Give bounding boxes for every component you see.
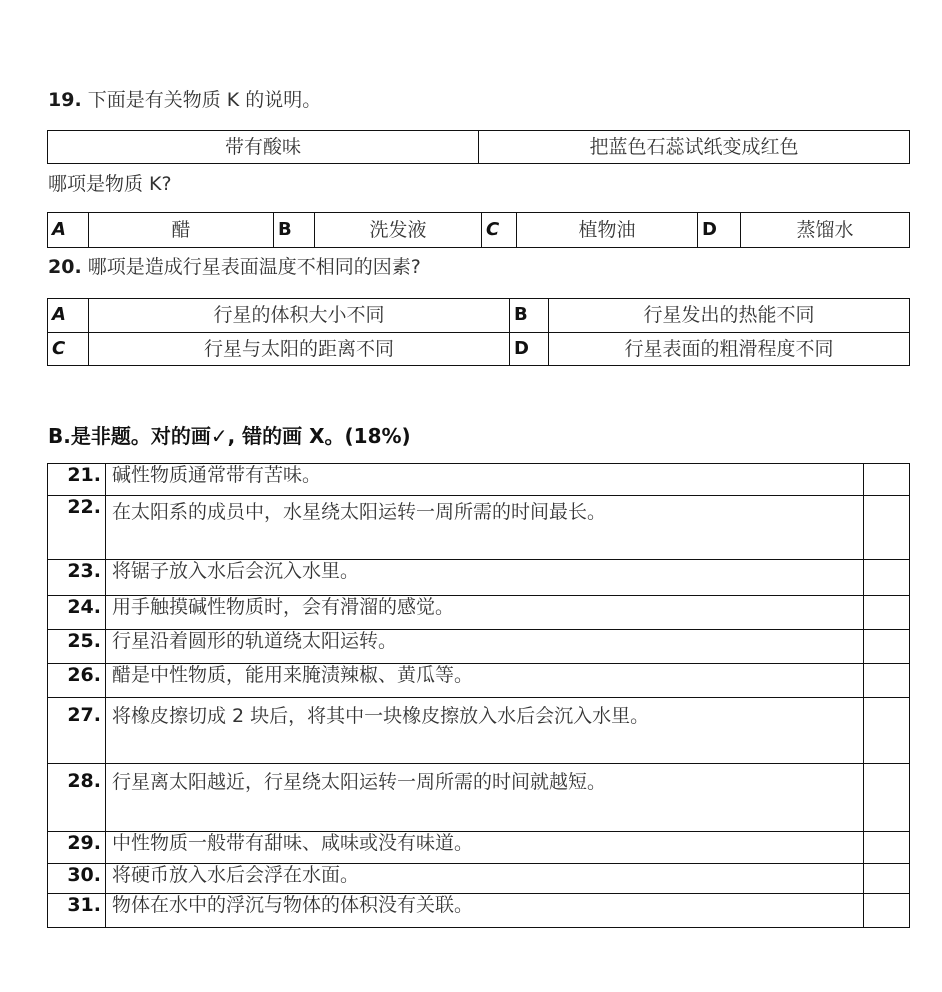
- item-27-number: 27.: [48, 698, 106, 764]
- table-row: 24. 用手触摸碱性物质时，会有滑溜的感觉。: [48, 596, 910, 630]
- table-row: 27. 将橡皮擦切成 2 块后，将其中一块橡皮擦放入水后会沉入水里。: [48, 698, 910, 764]
- q20-option-a-text[interactable]: 行星的体积大小不同: [89, 299, 510, 333]
- q20-option-b-letter[interactable]: B: [510, 299, 549, 333]
- item-25-text: 行星沿着圆形的轨道绕太阳运转。: [106, 630, 864, 664]
- item-22-answer-box[interactable]: [864, 496, 910, 560]
- q19-option-c-letter[interactable]: C: [482, 213, 517, 248]
- q20-option-c-text[interactable]: 行星与太阳的距离不同: [89, 332, 510, 366]
- q20-options-table: A 行星的体积大小不同 B 行星发出的热能不同 C 行星与太阳的距离不同 D 行…: [47, 298, 910, 366]
- q20-option-a-letter[interactable]: A: [48, 299, 89, 333]
- item-27-text: 将橡皮擦切成 2 块后，将其中一块橡皮擦放入水后会沉入水里。: [106, 698, 864, 764]
- item-21-answer-box[interactable]: [864, 464, 910, 496]
- item-29-number: 29.: [48, 832, 106, 864]
- item-21-number: 21.: [48, 464, 106, 496]
- q20-option-c-letter[interactable]: C: [48, 332, 89, 366]
- item-24-number: 24.: [48, 596, 106, 630]
- item-31-answer-box[interactable]: [864, 894, 910, 928]
- item-30-answer-box[interactable]: [864, 864, 910, 894]
- q19-options-table: A 醋 B 洗发液 C 植物油 D 蒸馏水: [47, 212, 910, 248]
- item-26-text: 醋是中性物质，能用来腌渍辣椒、黄瓜等。: [106, 664, 864, 698]
- q19-option-a-text[interactable]: 醋: [89, 213, 274, 248]
- table-row: 23. 将锯子放入水后会沉入水里。: [48, 560, 910, 596]
- item-29-answer-box[interactable]: [864, 832, 910, 864]
- item-30-text: 将硬币放入水后会浮在水面。: [106, 864, 864, 894]
- q19-prompt: 下面是有关物质 K 的说明。: [88, 89, 322, 111]
- q20-heading: 20. 哪项是造成行星表面温度不相同的因素?: [48, 255, 421, 279]
- table-row: 22. 在太阳系的成员中，水星绕太阳运转一周所需的时间最长。: [48, 496, 910, 560]
- q19-number: 19.: [48, 89, 82, 111]
- item-30-number: 30.: [48, 864, 106, 894]
- q19-heading: 19. 下面是有关物质 K 的说明。: [48, 88, 321, 112]
- q20-option-d-text[interactable]: 行星表面的粗滑程度不同: [549, 332, 910, 366]
- item-22-number: 22.: [48, 496, 106, 560]
- q20-option-d-letter[interactable]: D: [510, 332, 549, 366]
- item-26-answer-box[interactable]: [864, 664, 910, 698]
- table-row: 30. 将硬币放入水后会浮在水面。: [48, 864, 910, 894]
- item-28-text: 行星离太阳越近，行星绕太阳运转一周所需的时间就越短。: [106, 764, 864, 832]
- q19-question: 哪项是物质 K?: [48, 172, 172, 196]
- item-29-text: 中性物质一般带有甜味、咸味或没有味道。: [106, 832, 864, 864]
- item-23-text: 将锯子放入水后会沉入水里。: [106, 560, 864, 596]
- table-row: 21. 碱性物质通常带有苦味。: [48, 464, 910, 496]
- item-24-answer-box[interactable]: [864, 596, 910, 630]
- item-23-number: 23.: [48, 560, 106, 596]
- q20-number: 20.: [48, 256, 82, 278]
- item-31-number: 31.: [48, 894, 106, 928]
- q20-prompt: 哪项是造成行星表面温度不相同的因素?: [88, 256, 421, 278]
- item-27-answer-box[interactable]: [864, 698, 910, 764]
- item-25-number: 25.: [48, 630, 106, 664]
- q20-option-b-text[interactable]: 行星发出的热能不同: [549, 299, 910, 333]
- table-row: 25. 行星沿着圆形的轨道绕太阳运转。: [48, 630, 910, 664]
- q19-option-c-text[interactable]: 植物油: [517, 213, 698, 248]
- item-26-number: 26.: [48, 664, 106, 698]
- item-28-number: 28.: [48, 764, 106, 832]
- section-b-title: B.是非题。对的画✓, 错的画 X。(18%): [48, 420, 411, 449]
- q19-option-a-letter[interactable]: A: [48, 213, 89, 248]
- table-row: 29. 中性物质一般带有甜味、咸味或没有味道。: [48, 832, 910, 864]
- q19-property-1: 带有酸味: [48, 131, 479, 164]
- table-row: 31. 物体在水中的浮沉与物体的体积没有关联。: [48, 894, 910, 928]
- item-21-text: 碱性物质通常带有苦味。: [106, 464, 864, 496]
- q19-option-d-letter[interactable]: D: [698, 213, 741, 248]
- item-24-text: 用手触摸碱性物质时，会有滑溜的感觉。: [106, 596, 864, 630]
- true-false-table: 21. 碱性物质通常带有苦味。 22. 在太阳系的成员中，水星绕太阳运转一周所需…: [47, 463, 910, 928]
- item-23-answer-box[interactable]: [864, 560, 910, 596]
- table-row: 28. 行星离太阳越近，行星绕太阳运转一周所需的时间就越短。: [48, 764, 910, 832]
- q19-option-b-text[interactable]: 洗发液: [315, 213, 482, 248]
- q19-property-2: 把蓝色石蕊试纸变成红色: [479, 131, 910, 164]
- q19-option-b-letter[interactable]: B: [274, 213, 315, 248]
- item-25-answer-box[interactable]: [864, 630, 910, 664]
- q19-properties-table: 带有酸味 把蓝色石蕊试纸变成红色: [47, 130, 910, 164]
- item-31-text: 物体在水中的浮沉与物体的体积没有关联。: [106, 894, 864, 928]
- table-row: 26. 醋是中性物质，能用来腌渍辣椒、黄瓜等。: [48, 664, 910, 698]
- item-28-answer-box[interactable]: [864, 764, 910, 832]
- item-22-text: 在太阳系的成员中，水星绕太阳运转一周所需的时间最长。: [106, 496, 864, 560]
- q19-option-d-text[interactable]: 蒸馏水: [741, 213, 910, 248]
